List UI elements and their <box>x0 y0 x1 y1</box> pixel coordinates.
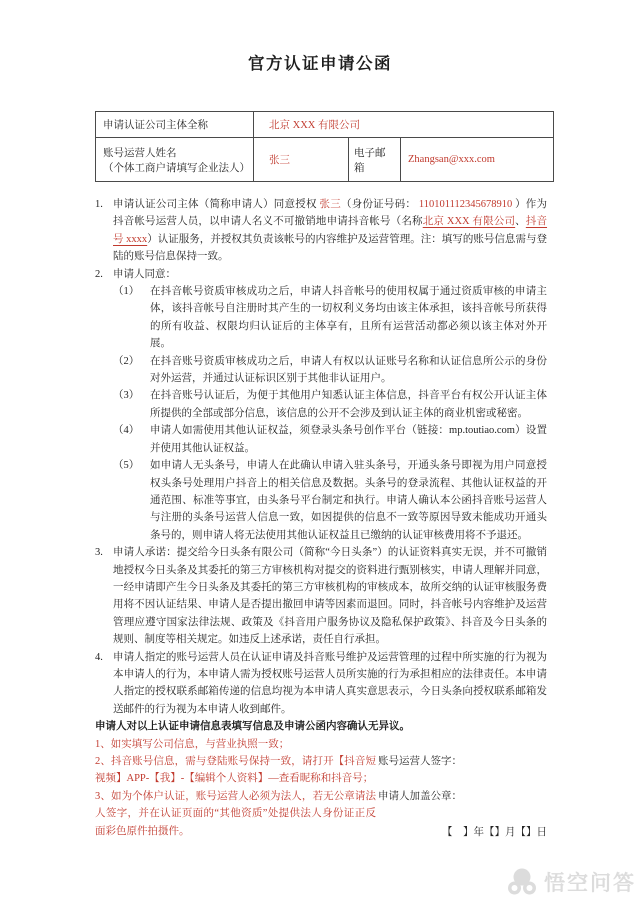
applicant-info-table: 申请认证公司主体全称 北京 XXX 有限公司 账号运营人姓名 （个体工商户请填写… <box>95 111 554 182</box>
clause-3: 3. 申请人承诺：提交给今日头条有限公司（简称“今日头条”）的认证资料真实无误，… <box>95 544 547 648</box>
company-name-value: 北京 XXX 有限公司 <box>254 112 554 138</box>
clause-2-item-3-text: 在抖音账号认证后，为便于其他用户知悉认证主体信息，抖音平台有权公开认证主体所提供… <box>150 387 547 422</box>
note-2: 2、抖音账号信息，需与登陆账号保持一致，请打开【抖音短视频】APP-【我】-【编… <box>95 753 376 788</box>
clause-2-item-4-text: 申请人如需使用其他认证权益，须登录头条号创作平台（链接：mp.toutiao.c… <box>150 422 547 457</box>
wukong-logo-icon <box>505 867 539 897</box>
clause-3-number: 3. <box>95 544 113 648</box>
clause-2: 2. 申请人同意： <box>95 266 547 283</box>
email-value: Zhangsan@xxx.com <box>401 138 554 182</box>
note-3: 3、如为个体户认证，账号运营人必须为法人，若无公章请法人签字，并在认证页面的“其… <box>95 788 376 840</box>
document-page: 官方认证申请公函 申请认证公司主体全称 北京 XXX 有限公司 账号运营人姓名 … <box>0 0 640 905</box>
confirmation-statement: 申请人对以上认证申请信息表填写信息及申请公函内容确认无异议。 <box>95 718 547 735</box>
clause-2-item-4: （4） 申请人如需使用其他认证权益，须登录头条号创作平台（链接：mp.touti… <box>95 422 547 457</box>
email-label: 电子邮箱 <box>349 138 401 182</box>
clause-2-item-3-number: （3） <box>113 387 150 422</box>
clause-2-item-1-text: 在抖音帐号资质审核成功之后，申请人抖音帐号的使用权属于通过资质审核的申请主体，该… <box>150 283 547 353</box>
note-1: 1、如实填写公司信息，与营业执照一致； <box>95 736 376 753</box>
clause-4-number: 4. <box>95 649 113 719</box>
notes-block: 1、如实填写公司信息，与营业执照一致； 2、抖音账号信息，需与登陆账号保持一致，… <box>95 736 376 840</box>
clause-2-item-2-text: 在抖音账号资质审核成功之后，申请人有权以认证账号名称和认证信息所公示的身份对外运… <box>150 353 547 388</box>
operator-name-value: 张三 <box>254 138 349 182</box>
watermark-text: 悟空问答 <box>544 867 636 897</box>
table-row: 账号运营人姓名 （个体工商户请填写企业法人） 张三 电子邮箱 Zhangsan@… <box>96 138 554 182</box>
clause-2-item-5-number: （5） <box>113 457 150 544</box>
clause-4: 4. 申请人指定的账号运营人员在认证申请及抖音账号维护及运营管理的过程中所实施的… <box>95 649 547 719</box>
footer-section: 1、如实填写公司信息，与营业执照一致； 2、抖音账号信息，需与登陆账号保持一致，… <box>95 736 547 840</box>
clauses-section: 1. 申请认证公司主体（简称申请人）同意授权 张三（身份证号码： 1101011… <box>95 196 547 840</box>
operator-signature-label: 账号运营人签字： <box>378 753 462 770</box>
clause-1: 1. 申请认证公司主体（简称申请人）同意授权 张三（身份证号码： 1101011… <box>95 196 547 266</box>
clause-2-item-4-number: （4） <box>113 422 150 457</box>
table-row: 申请认证公司主体全称 北京 XXX 有限公司 <box>96 112 554 138</box>
signature-date-line: 【 】年【】月【】日 <box>442 824 547 841</box>
operator-name-label-line1: 账号运营人姓名 <box>103 145 246 160</box>
clause-2-item-1-number: （1） <box>113 283 150 353</box>
operator-name-label-line2: （个体工商户请填写企业法人） <box>103 160 246 175</box>
clause-2-item-1: （1） 在抖音帐号资质审核成功之后，申请人抖音帐号的使用权属于通过资质审核的申请… <box>95 283 547 353</box>
clause-2-item-5: （5） 如申请人无头条号，申请人在此确认申请入驻头条号，开通头条号即视为用户同意… <box>95 457 547 544</box>
clause-2-text: 申请人同意： <box>113 266 547 283</box>
clause-2-item-3: （3） 在抖音账号认证后，为便于其他用户知悉认证主体信息，抖音平台有权公开认证主… <box>95 387 547 422</box>
clause-2-number: 2. <box>95 266 113 283</box>
clause-1-number: 1. <box>95 196 113 266</box>
clause-2-item-2-number: （2） <box>113 353 150 388</box>
clause-4-text: 申请人指定的账号运营人员在认证申请及抖音账号维护及运营管理的过程中所实施的行为视… <box>113 649 547 719</box>
watermark: 悟空问答 <box>505 867 636 897</box>
operator-name-label: 账号运营人姓名 （个体工商户请填写企业法人） <box>96 138 254 182</box>
clause-2-item-5-text: 如申请人无头条号，申请人在此确认申请入驻头条号，开通头条号即视为用户同意授权头条… <box>150 457 547 544</box>
clause-1-text: 申请认证公司主体（简称申请人）同意授权 张三（身份证号码： 1101011123… <box>113 196 547 266</box>
clause-2-item-2: （2） 在抖音账号资质审核成功之后，申请人有权以认证账号名称和认证信息所公示的身… <box>95 353 547 388</box>
company-name-label: 申请认证公司主体全称 <box>96 112 254 138</box>
clause-3-text: 申请人承诺：提交给今日头条有限公司（简称“今日头条”）的认证资料真实无误，并不可… <box>113 544 547 648</box>
company-seal-label: 申请人加盖公章： <box>378 788 462 805</box>
page-title: 官方认证申请公函 <box>0 0 640 74</box>
